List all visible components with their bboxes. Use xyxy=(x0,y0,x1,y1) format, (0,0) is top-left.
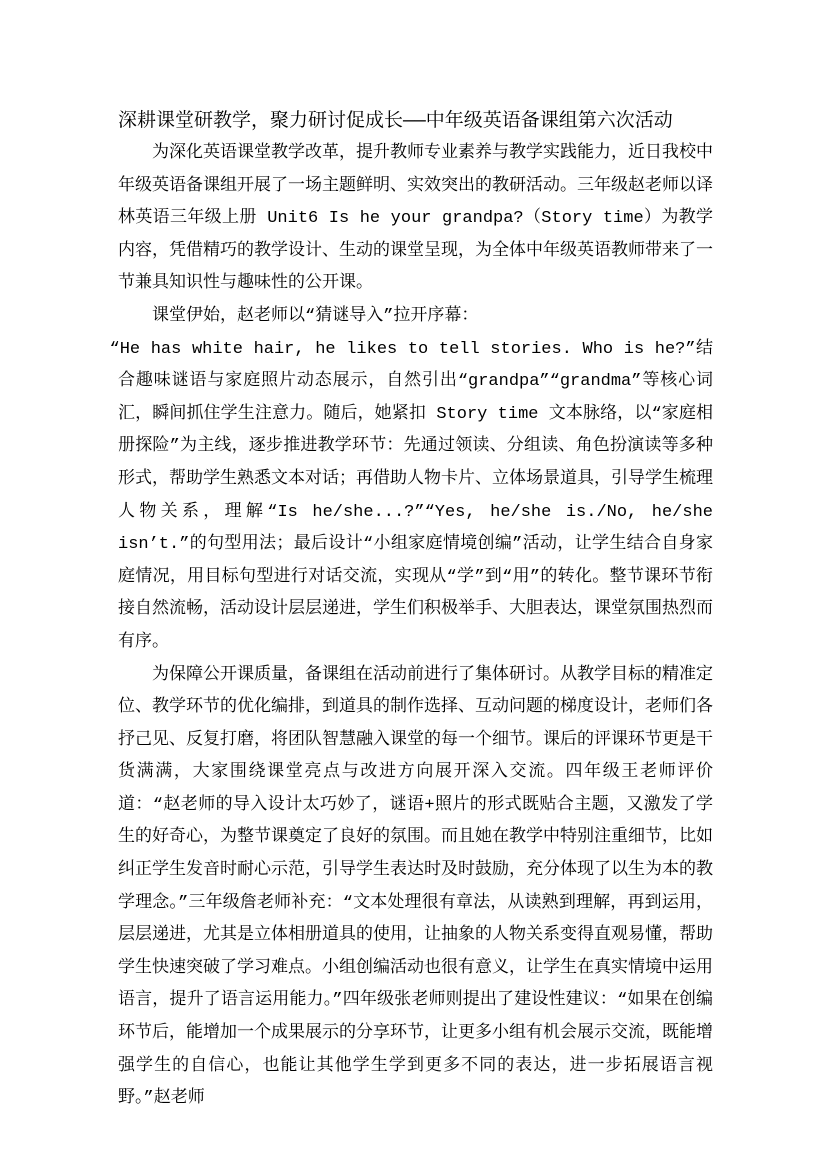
document-body: 深耕课堂研教学，聚力研讨促成长——中年级英语备课组第六次活动 为深化英语课堂教学… xyxy=(118,104,713,1116)
document-title: 深耕课堂研教学，聚力研讨促成长——中年级英语备课组第六次活动 xyxy=(118,104,713,138)
document-page: 深耕课堂研教学，聚力研讨促成长——中年级英语备课组第六次活动 为深化英语课堂教学… xyxy=(0,0,827,1170)
paragraph-intro: 为深化英语课堂教学改革，提升教师专业素养与教学实践能力，近日我校中年级英语备课组… xyxy=(118,138,713,301)
paragraph-discussion: 为保障公开课质量，备课组在活动前进行了集体研讨。从教学目标的精准定位、教学环节的… xyxy=(118,660,713,1116)
paragraph-lesson-process: “He has white hair, he likes to tell sto… xyxy=(118,334,713,660)
paragraph-lead-in: 课堂伊始，赵老师以“猜谜导入”拉开序幕： xyxy=(118,301,713,334)
